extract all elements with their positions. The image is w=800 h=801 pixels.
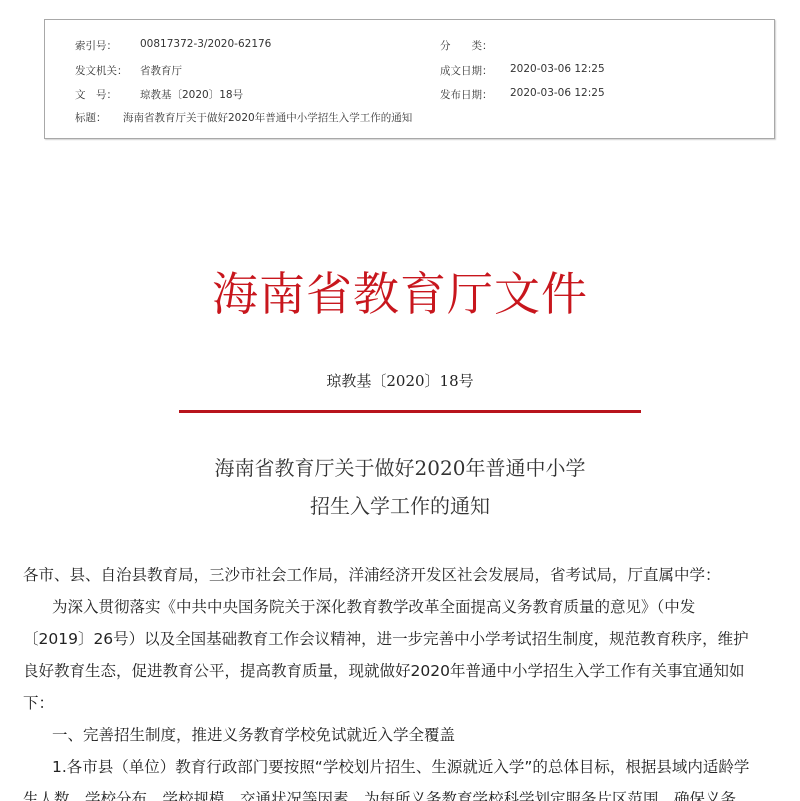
meta-docno-label: 文 号： xyxy=(75,87,117,102)
paragraph-line: 生人数、学校分布、学校规模、交通状况等因素，为每所义务教育学校科学划定服务片区范… xyxy=(23,787,736,801)
meta-created-value: 2020-03-06 12:25 xyxy=(510,63,605,75)
meta-index-value: 00817372-3/2020-62176 xyxy=(140,38,271,50)
meta-published-label: 发布日期： xyxy=(440,87,493,102)
document-number: 琼教基〔2020〕18号 xyxy=(0,370,800,391)
meta-docno-value: 琼教基〔2020〕18号 xyxy=(140,87,243,102)
salutation: 各市、县、自治县教育局，三沙市社会工作局，洋浦经济开发区社会发展局，省考试局，厅… xyxy=(23,563,721,585)
meta-title-value: 海南省教育厅关于做好2020年普通中小学招生入学工作的通知 xyxy=(123,110,412,125)
meta-category-label: 分 类： xyxy=(440,38,493,53)
document-title-line2: 招生入学工作的通知 xyxy=(0,490,800,519)
metadata-panel: 索引号： 00817372-3/2020-62176 分 类： 发文机关： 省教… xyxy=(44,19,775,139)
paragraph-line: 1.各市县（单位）教育行政部门要按照“学校划片招生、生源就近入学”的总体目标，根… xyxy=(52,755,749,777)
meta-issuer-value: 省教育厅 xyxy=(140,63,182,78)
meta-created-label: 成文日期： xyxy=(440,63,493,78)
document-title-line1: 海南省教育厅关于做好2020年普通中小学 xyxy=(0,452,800,481)
section-heading: 一、完善招生制度，推进义务教育学校免试就近入学全覆盖 xyxy=(52,723,455,745)
meta-issuer-label: 发文机关： xyxy=(75,63,128,78)
paragraph-line: 下： xyxy=(23,691,54,713)
paragraph-line: 〔2019〕26号）以及全国基础教育工作会议精神，进一步完善中小学考试招生制度，… xyxy=(23,627,749,649)
paragraph-line: 为深入贯彻落实《中共中央国务院关于深化教育教学改革全面提高义务教育质量的意见》（… xyxy=(52,595,695,617)
meta-index-label: 索引号： xyxy=(75,38,117,53)
meta-title-label: 标题： xyxy=(75,110,107,125)
document-header: 海南省教育厅文件 xyxy=(0,258,800,324)
red-divider xyxy=(179,410,641,413)
meta-published-value: 2020-03-06 12:25 xyxy=(510,87,605,99)
paragraph-line: 良好教育生态，促进教育公平，提高教育质量，现就做好2020年普通中小学招生入学工… xyxy=(23,659,744,681)
